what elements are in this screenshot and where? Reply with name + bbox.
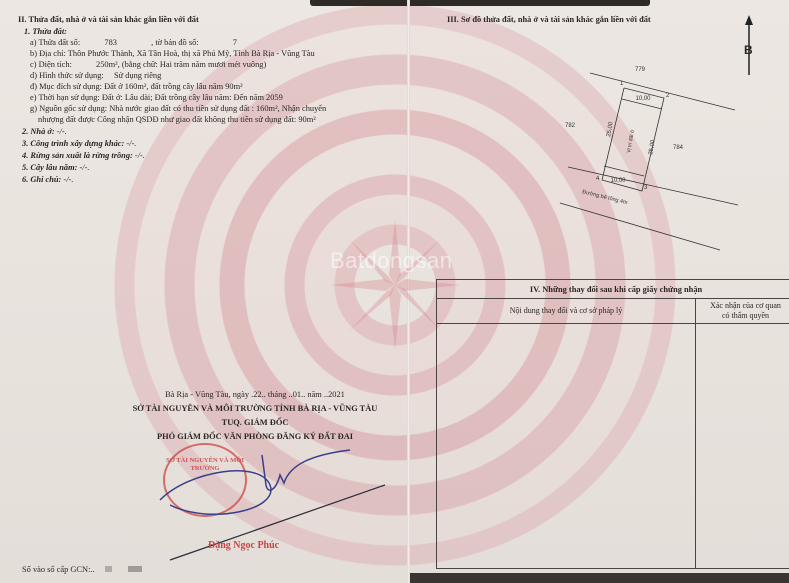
item-label: 3. Công trình xây dựng khác:: [22, 139, 124, 148]
area-value: 250m², (bằng chữ: Hai trăm năm mươi mét …: [96, 60, 266, 69]
land-heading: 1. Thửa đất:: [24, 26, 67, 37]
parcel-number-value: 783: [104, 38, 117, 47]
item-perennial-trees: 5. Cây lâu năm: -/-.: [22, 162, 89, 173]
svg-text:10,00: 10,00: [610, 178, 626, 184]
svg-text:4: 4: [596, 176, 600, 182]
origin-label: g) Nguồn gốc sử dụng:: [30, 104, 107, 113]
item-house: 2. Nhà ở: -/-.: [22, 126, 67, 137]
col2-line2: có thẩm quyền: [696, 311, 789, 321]
photo-edge-bottom: [410, 573, 789, 583]
map-sheet-value: 7: [233, 38, 237, 47]
redacted-mark: [105, 566, 112, 572]
change-content-cell: [437, 324, 696, 569]
item-plantation-forest: 4. Rừng sản xuất là rừng trồng: -/-.: [22, 150, 145, 161]
changes-table: IV. Những thay đổi sau khi cấp giấy chứn…: [436, 279, 789, 569]
item-value: -/-.: [135, 151, 145, 160]
svg-text:Đường bê tông 4m: Đường bê tông 4m: [582, 189, 629, 206]
signature-block: Bà Rịa - Vũng Tàu, ngày .22.. tháng ..01…: [90, 388, 420, 444]
north-arrow: B: [740, 15, 760, 77]
map-sheet-label: , tờ bản đồ số:: [151, 38, 198, 47]
north-label: B: [744, 43, 753, 57]
parcel-diagram: 779 782 784 1 2 3 4 10,00 10,00 25,00 25…: [540, 55, 740, 265]
item-value: -/-.: [63, 175, 73, 184]
usage-form-row: d) Hình thức sử dụng: Sử dụng riêng: [30, 70, 161, 81]
issuing-org: SỞ TÀI NGUYÊN VÀ MÔI TRƯỜNG TỈNH BÀ RỊA …: [90, 402, 420, 416]
signature-icon: [150, 445, 420, 565]
col-authority-confirmation: Xác nhận của cơ quan có thẩm quyền: [696, 299, 789, 324]
usage-term-row: e) Thời hạn sử dụng: Đất ở: Lâu dài; Đất…: [30, 92, 283, 103]
item-notes: 6. Ghi chú: -/-.: [22, 174, 73, 185]
svg-text:10,00: 10,00: [635, 96, 651, 102]
usage-purpose-label: đ) Mục đích sử dụng:: [30, 82, 102, 91]
usage-form-label: d) Hình thức sử dụng:: [30, 71, 104, 80]
area-label: c) Diện tích:: [30, 60, 72, 69]
signer-position: PHÓ GIÁM ĐỐC VĂN PHÒNG ĐĂNG KÝ ĐẤT ĐAI: [90, 430, 420, 444]
svg-text:2: 2: [666, 93, 670, 99]
origin-value-2: nhượng đất được Công nhận QSDĐ như giao …: [38, 114, 316, 125]
area-row: c) Diện tích: 250m², (bằng chữ: Hai trăm…: [30, 59, 266, 70]
origin-value-1: Nhà nước giao đất có thu tiền sử dụng đấ…: [109, 104, 326, 113]
item-other-construction: 3. Công trình xây dựng khác: -/-.: [22, 138, 136, 149]
item-label: 4. Rừng sản xuất là rừng trồng:: [22, 151, 133, 160]
item-value: -/-.: [57, 127, 67, 136]
item-value: -/-.: [126, 139, 136, 148]
col2-line1: Xác nhận của cơ quan: [696, 301, 789, 311]
section-3-title: III. Sơ đồ thửa đất, nhà ở và tài sản kh…: [447, 14, 651, 25]
usage-form-value: Sử dụng riêng: [114, 71, 161, 80]
usage-purpose-row: đ) Mục đích sử dụng: Đất ở 160m², đất tr…: [30, 81, 243, 92]
svg-text:782: 782: [565, 123, 576, 129]
watermark: Batdongsan: [330, 248, 452, 274]
address-value: Thôn Phước Thành, Xã Tân Hoà, thị xã Phú…: [68, 49, 315, 58]
item-label: 6. Ghi chú:: [22, 175, 61, 184]
section-2: II. Thửa đất, nhà ở và tài sản khác gắn …: [18, 14, 199, 25]
redacted-mark: [128, 566, 142, 572]
signer-name: Đặng Ngọc Phúc: [208, 540, 279, 551]
col-change-content: Nội dung thay đổi và cơ sở pháp lý: [437, 299, 696, 324]
item-value: -/-.: [79, 163, 89, 172]
svg-text:Vị trí đất ở: Vị trí đất ở: [625, 128, 636, 153]
usage-term-label: e) Thời hạn sử dụng:: [30, 93, 100, 102]
authority-cell: [696, 324, 789, 569]
tuq-line: TUQ. GIÁM ĐỐC: [90, 416, 420, 430]
address-row: b) Địa chỉ: Thôn Phước Thành, Xã Tân Hoà…: [30, 48, 315, 59]
gcn-label: Số vào sổ cấp GCN:..: [22, 565, 95, 574]
usage-purpose-value: Đất ở 160m², đất trồng cây lâu năm 90m²: [104, 82, 243, 91]
parcel-number-row: a) Thửa đất số: 783 , tờ bản đồ số: 7: [30, 37, 237, 48]
item-label: 2. Nhà ở:: [22, 127, 55, 136]
section-2-title: II. Thửa đất, nhà ở và tài sản khác gắn …: [18, 14, 199, 25]
gcn-register-number: Số vào sổ cấp GCN:..: [22, 565, 142, 574]
origin-row: g) Nguồn gốc sử dụng: Nhà nước giao đất …: [30, 103, 326, 114]
svg-text:784: 784: [673, 145, 684, 151]
svg-text:25,00: 25,00: [606, 121, 615, 137]
usage-term-value: Đất ở: Lâu dài; Đất trồng cây lâu năm: Đ…: [102, 93, 283, 102]
item-label: 5. Cây lâu năm:: [22, 163, 77, 172]
address-label: b) Địa chỉ:: [30, 49, 66, 58]
svg-text:779: 779: [635, 67, 646, 73]
svg-text:25,00: 25,00: [648, 139, 657, 155]
svg-text:3: 3: [644, 185, 648, 191]
place-date: Bà Rịa - Vũng Tàu, ngày .22.. tháng ..01…: [90, 388, 420, 402]
parcel-number-label: a) Thửa đất số:: [30, 38, 80, 47]
section-4-title: IV. Những thay đổi sau khi cấp giấy chứn…: [437, 280, 789, 299]
photo-edge-top: [310, 0, 650, 6]
